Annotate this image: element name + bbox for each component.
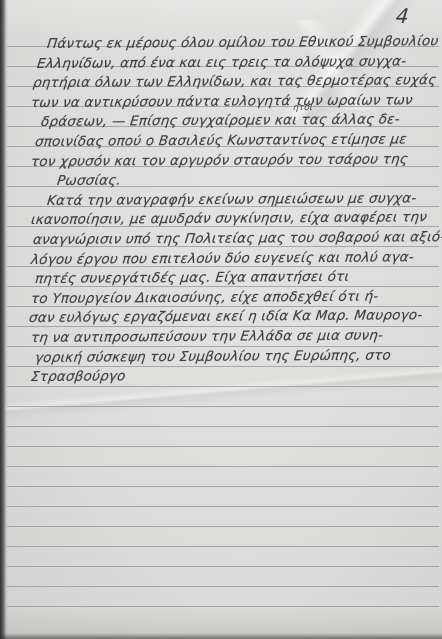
manuscript-line: λόγου έργου που επιτελούν δύο ευγενείς κ… xyxy=(30,249,415,269)
manuscript-line: τον χρυσόν και τον αργυρόν σταυρόν του τ… xyxy=(30,151,409,171)
manuscript-line: Στρασβούργο xyxy=(30,369,126,387)
manuscript-line: τη να αντιπροσωπεύσουν την Ελλάδα σε μια… xyxy=(30,328,384,347)
manuscript-line: πητές συνεργάτιδές μας. Είχα απαντήσει ό… xyxy=(34,269,350,288)
manuscript-line: ικανοποίησιν, με αμυδράν συγκίνησιν, είχ… xyxy=(30,210,428,230)
manuscript-line: Ρωσσίας. xyxy=(56,173,122,190)
scanned-page: 4 Πάντως εκ μέρους όλου ομίλου του Εθνικ… xyxy=(0,0,442,639)
manuscript-line: ρητήρια όλων των Ελληνίδων, και τας θερμ… xyxy=(32,72,437,92)
manuscript-line: Ελληνίδων, από ένα και εις τρεις τα ολόψ… xyxy=(36,53,407,73)
inserted-word: ήτοι xyxy=(292,103,313,113)
manuscript-line: το Υπουργείον Δικαιοσύνης, είχε αποδεχθε… xyxy=(30,288,379,307)
manuscript-line: των να αντικρύσουν πάντα ευλογητά των ωρ… xyxy=(30,92,414,112)
manuscript-line: γορική σύσκεψη του Συμβουλίου της Ευρώπη… xyxy=(34,347,392,366)
manuscript-line: σαν ευλόγως εργαζόμεναι εκεί η ιδία Κα Μ… xyxy=(28,308,423,328)
manuscript-line: Κατά την αναγραφήν εκείνων σημειώσεων με… xyxy=(46,190,417,210)
manuscript: Πάντως εκ μέρους όλου ομίλου του Εθνικού… xyxy=(0,0,442,639)
manuscript-line: αναγνώρισιν υπό της Πολιτείας μας του σο… xyxy=(32,229,442,249)
manuscript-line: Πάντως εκ μέρους όλου ομίλου του Εθνικού… xyxy=(46,33,439,53)
manuscript-line: σποινίδας οπού ο Βασιλεύς Κωνσταντίνος ε… xyxy=(34,131,408,151)
manuscript-line: δράσεων, — Επίσης συγχαίρομεν και τας άλ… xyxy=(40,112,401,132)
